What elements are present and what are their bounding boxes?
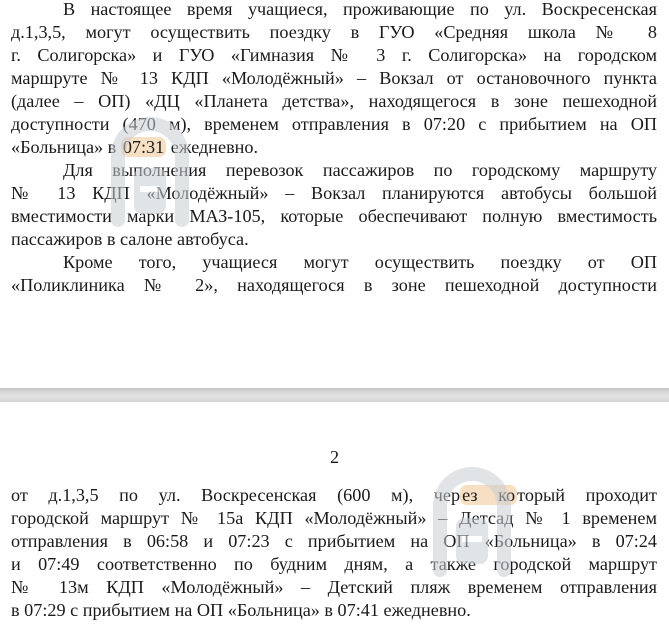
document-page-1: В настоящее время учащиеся, проживающие … — [0, 0, 669, 388]
text-line: «Поликлиника № 2», находящегося в зоне п… — [11, 274, 657, 297]
text-line: вместимости марки МАЗ-105, которые обесп… — [11, 205, 657, 228]
text-line: «Больница» в 07:31 ежедневно. — [11, 136, 657, 159]
text-line: (далее – ОП) «ДЦ «Планета детства», нахо… — [11, 90, 657, 113]
text-line: д.1,3,5, могут осуществить поездку в ГУО… — [11, 21, 657, 44]
text-segment: «Больница» в — [11, 137, 121, 157]
text-line: № 13 КДП «Молодёжный» – Вокзал планируют… — [11, 182, 657, 205]
document-page-2: 2 от д.1,3,5 по ул. Воскресенская (600 м… — [0, 402, 669, 628]
text-line: городской маршрут № 15а КДП «Молодёжный»… — [11, 507, 657, 530]
page-number: 2 — [0, 446, 669, 469]
text-line: и 07:49 соответственно по будним дням, а… — [11, 553, 657, 576]
text-line: № 13м КДП «Молодёжный» – Детский пляж вр… — [11, 576, 657, 599]
text-line: доступности (470 м), временем отправлени… — [11, 113, 657, 136]
highlighted-text: ез ко — [460, 485, 517, 505]
text-line: отправления в 06:58 и 07:23 с прибытием … — [11, 530, 657, 553]
text-line: г. Солигорска» и ГУО «Гимназия № 3 г. Со… — [11, 44, 657, 67]
text-line: в 07:29 с прибытием на ОП «Больница» в 0… — [11, 599, 657, 622]
text-segment: торый проходит — [517, 485, 657, 505]
text-segment: ежедневно. — [166, 137, 258, 157]
text-line: Для выполнения перевозок пассажиров по г… — [63, 159, 657, 182]
text-line: пассажиров в салоне автобуса. — [11, 228, 657, 251]
text-line: от д.1,3,5 по ул. Воскресенская (600 м),… — [11, 484, 657, 507]
page-break-divider — [0, 388, 669, 402]
text-segment: от д.1,3,5 по ул. Воскресенская (600 м),… — [11, 485, 460, 505]
text-line: В настоящее время учащиеся, проживающие … — [63, 0, 657, 21]
text-line: Кроме того, учащиеся могут осуществить п… — [63, 251, 657, 274]
highlighted-text: 07:31 — [121, 137, 166, 157]
text-line: маршруте № 13 КДП «Молодёжный» – Вокзал … — [11, 67, 657, 90]
